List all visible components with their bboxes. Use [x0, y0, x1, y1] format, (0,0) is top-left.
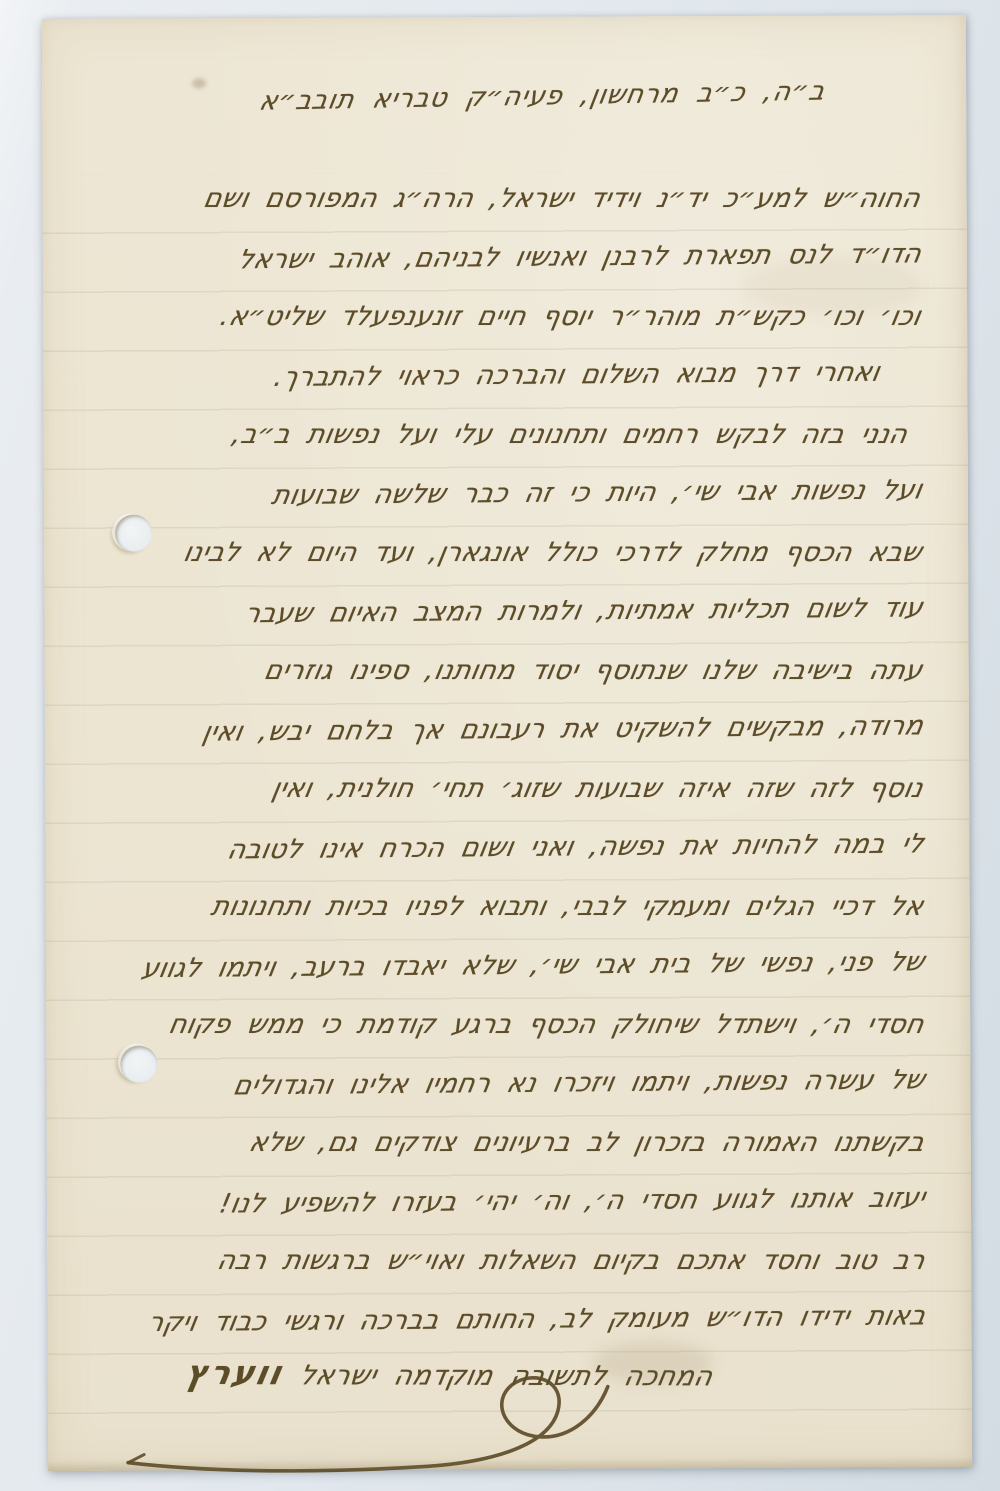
- handwritten-line: ואחרי דרך מבוא השלום והברכה כראוי להתברך…: [73, 343, 886, 409]
- handwritten-line: ועל נפשות אבי שי׳, היות כי זה כבר שלשה ש…: [74, 460, 929, 526]
- handwritten-line: יעזוב אותנו לגווע חסדי ה׳, וה׳ יהי׳ בעזר…: [77, 1168, 932, 1234]
- letter-body: החוה״ש למע״כ יד״נ וידיד ישראל, הרה״ג המפ…: [78, 167, 925, 1351]
- handwritten-line: עתה בישיבה שלנו שנתוסף יסוד מחותנו, ספינ…: [75, 641, 929, 700]
- handwritten-line: וכו׳ וכו׳ כקש״ת מוהר״ר יוסף חיים זונענפע…: [73, 287, 927, 346]
- handwritten-line: החוה״ש למע״כ יד״נ וידיד ישראל, הרה״ג המפ…: [73, 169, 927, 228]
- letter-closing: המחכה לתשובה מוקדמה ישראל ווערץ: [80, 1353, 717, 1394]
- signature: ווערץ: [172, 1353, 287, 1392]
- handwritten-line: אל דכיי הגלים ומעמקי לבבי, ותבוא לפניו ב…: [76, 877, 930, 936]
- photo-background: ב״ה, כ״ב מרחשון, פעיה״ק טבריא תובב״א החו…: [0, 0, 1000, 1491]
- handwritten-line: חסדי ה׳, וישתדל שיחולק הכסף ברגע קודמת כ…: [76, 995, 930, 1054]
- handwritten-line: רב טוב וחסד אתכם בקיום השאלות ואוי״ש ברג…: [77, 1231, 931, 1290]
- handwritten-line: בקשתנו האמורה בזכרון לב ברעיונים צודקים …: [77, 1113, 931, 1172]
- handwritten-line: של פני, נפשי של בית אבי שי׳, שלא יאבדו ב…: [76, 932, 931, 998]
- handwritten-line: הדו״ד לנס תפארת לרבנן ואנשיו לבניהם, אוה…: [72, 224, 927, 290]
- handwritten-line: לי במה להחיות את נפשה, ואני ושום הכרח אי…: [75, 814, 930, 880]
- handwritten-line: מרודה, מבקשים להשקיט את רעבונם אך בלחם י…: [75, 696, 930, 762]
- closing-text: המחכה לתשובה מוקדמה ישראל: [297, 1360, 716, 1392]
- handwritten-line: הנני בזה לבקש רחמים ותחנונים עלי ועל נפש…: [74, 405, 914, 464]
- handwritten-line: נוסף לזה שזה איזה שבועות שזוג׳ תחי׳ חולנ…: [75, 759, 929, 818]
- handwritten-line: באות ידידו הדו״ש מעומק לב, החותם בברכה ו…: [77, 1286, 932, 1352]
- letter-paper: ב״ה, כ״ב מרחשון, פעיה״ק טבריא תובב״א החו…: [42, 15, 972, 1471]
- handwritten-line: שבא הכסף מחלק לדרכי כולל אונגארן, ועד הי…: [74, 523, 928, 582]
- letter-heading: ב״ה, כ״ב מרחשון, פעיה״ק טבריא תובב״א: [74, 76, 828, 120]
- handwritten-line: עוד לשום תכליות אמתיות, ולמרות המצב האיו…: [74, 578, 929, 644]
- handwritten-line: של עשרה נפשות, ויתמו ויזכרו נא רחמיו אלי…: [76, 1050, 931, 1116]
- punch-hole-top: [115, 515, 152, 552]
- letter-content: ב״ה, כ״ב מרחשון, פעיה״ק טבריא תובב״א החו…: [78, 81, 926, 1471]
